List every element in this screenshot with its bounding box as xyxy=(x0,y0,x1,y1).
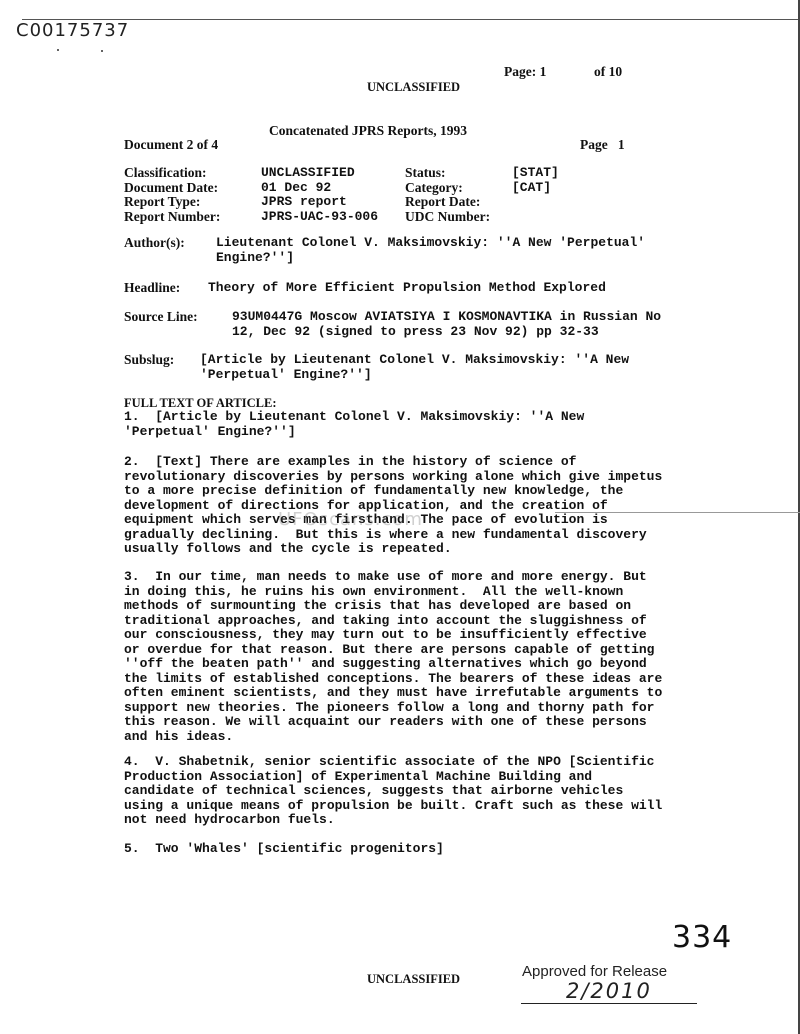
subslug-field: Subslug: [Article by Lieutenant Colonel … xyxy=(124,353,684,385)
document-position: Document 2 of 4 xyxy=(124,137,218,153)
paragraph-2: 2. [Text] There are examples in the hist… xyxy=(124,455,684,557)
meta-value-classification: UNCLASSIFIED xyxy=(261,166,405,181)
source-line-label: Source Line: xyxy=(124,310,198,325)
meta-value-document-date: 01 Dec 92 xyxy=(261,181,405,196)
collection-title: Concatenated JPRS Reports, 1993 xyxy=(269,123,467,139)
meta-value-status: [STAT] xyxy=(512,166,612,181)
meta-value-report-type: JPRS report xyxy=(261,195,405,210)
paragraph-1: 1. [Article by Lieutenant Colonel V. Mak… xyxy=(124,410,684,439)
paragraph-5: 5. Two 'Whales' [scientific progenitors] xyxy=(124,842,684,857)
subslug-value: [Article by Lieutenant Colonel V. Maksim… xyxy=(200,353,629,382)
author-label: Author(s): xyxy=(124,236,185,251)
headline-label: Headline: xyxy=(124,281,180,296)
handwritten-page-number: 334 xyxy=(672,920,732,955)
source-line-value: 93UM0447G Moscow AVIATSIYA I KOSMONAVTIK… xyxy=(232,310,661,339)
meta-label-category: Category: xyxy=(405,181,512,196)
meta-value-report-date xyxy=(512,195,612,210)
meta-label-document-date: Document Date: xyxy=(124,181,261,196)
scan-speck xyxy=(57,49,59,51)
inner-page-number: Page 1 xyxy=(580,137,625,153)
meta-label-report-number: Report Number: xyxy=(124,210,261,225)
scan-top-edge xyxy=(22,19,800,20)
meta-label-udc-number: UDC Number: xyxy=(405,210,512,225)
release-stamp: Approved for Release xyxy=(522,963,667,980)
page-total: of 10 xyxy=(594,64,622,80)
release-signature-line xyxy=(521,1003,697,1004)
author-value: Lieutenant Colonel V. Maksimovskiy: ''A … xyxy=(216,236,645,265)
scan-speck xyxy=(101,50,103,52)
footer-classification: UNCLASSIFIED xyxy=(367,972,460,987)
release-date: 2/2010 xyxy=(566,979,652,1003)
header-classification: UNCLASSIFIED xyxy=(367,80,460,95)
source-line-field: Source Line: 93UM0447G Moscow AVIATSIYA … xyxy=(124,310,684,342)
meta-label-report-date: Report Date: xyxy=(405,195,512,210)
page-number: Page: 1 xyxy=(504,64,546,80)
paragraph-4: 4. V. Shabetnik, senior scientific assoc… xyxy=(124,755,684,828)
headline-field: Headline: Theory of More Efficient Propu… xyxy=(124,281,684,297)
meta-value-category: [CAT] xyxy=(512,181,612,196)
document-control-number: C00175737 xyxy=(16,20,129,41)
meta-value-udc-number xyxy=(512,210,612,225)
meta-label-classification: Classification: xyxy=(124,166,261,181)
metadata-table: Classification: UNCLASSIFIED Status: [ST… xyxy=(124,166,612,224)
meta-label-status: Status: xyxy=(405,166,512,181)
meta-value-report-number: JPRS-UAC-93-006 xyxy=(261,210,405,225)
meta-label-report-type: Report Type: xyxy=(124,195,261,210)
paragraph-3: 3. In our time, man needs to make use of… xyxy=(124,570,684,744)
scan-artifact-line xyxy=(555,512,800,513)
headline-value: Theory of More Efficient Propulsion Meth… xyxy=(208,281,606,296)
author-field: Author(s): Lieutenant Colonel V. Maksimo… xyxy=(124,236,684,268)
subslug-label: Subslug: xyxy=(124,353,174,368)
scan-watermark: UFOscans.com xyxy=(278,509,423,530)
